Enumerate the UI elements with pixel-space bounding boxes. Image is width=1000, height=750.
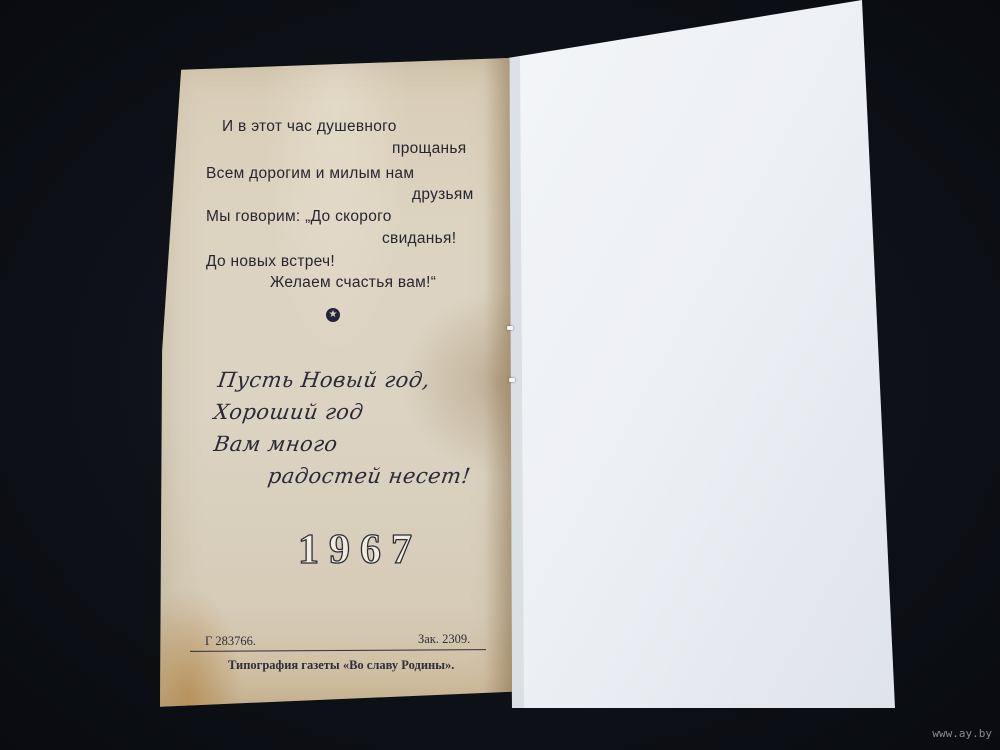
- imprint-printer: Типография газеты «Во славу Родины».: [228, 658, 454, 673]
- script-line: Пусть Новый год,: [216, 368, 431, 392]
- poem-line: свиданья!: [382, 230, 456, 248]
- staple: [507, 326, 513, 330]
- watermark: www.ay.by: [932, 727, 992, 740]
- poem-line: До новых встреч!: [206, 253, 335, 271]
- poem-line: друзьям: [412, 186, 474, 204]
- staple: [509, 378, 515, 382]
- imprint-code: Г 283766.: [205, 634, 256, 649]
- year-label: 1967: [298, 526, 422, 574]
- left-printed-page: И в этот час душевного прощанья Всем дор…: [160, 58, 512, 708]
- imprint-divider: [190, 649, 486, 652]
- poem-line: прощанья: [392, 140, 466, 158]
- script-line: радостей несет!: [266, 464, 472, 488]
- script-line: Вам много: [212, 432, 339, 456]
- star-ornament-icon: [326, 308, 340, 322]
- imprint-order: Зак. 2309.: [418, 632, 470, 647]
- script-line: Хороший год: [212, 400, 365, 424]
- poem-line: Всем дорогим и милым нам: [206, 165, 414, 183]
- poem-line: Желаем счастья вам!“: [270, 274, 436, 292]
- poem-line: Мы говорим: „До скорого: [206, 208, 392, 226]
- poem-line: И в этот час душевного: [222, 118, 397, 136]
